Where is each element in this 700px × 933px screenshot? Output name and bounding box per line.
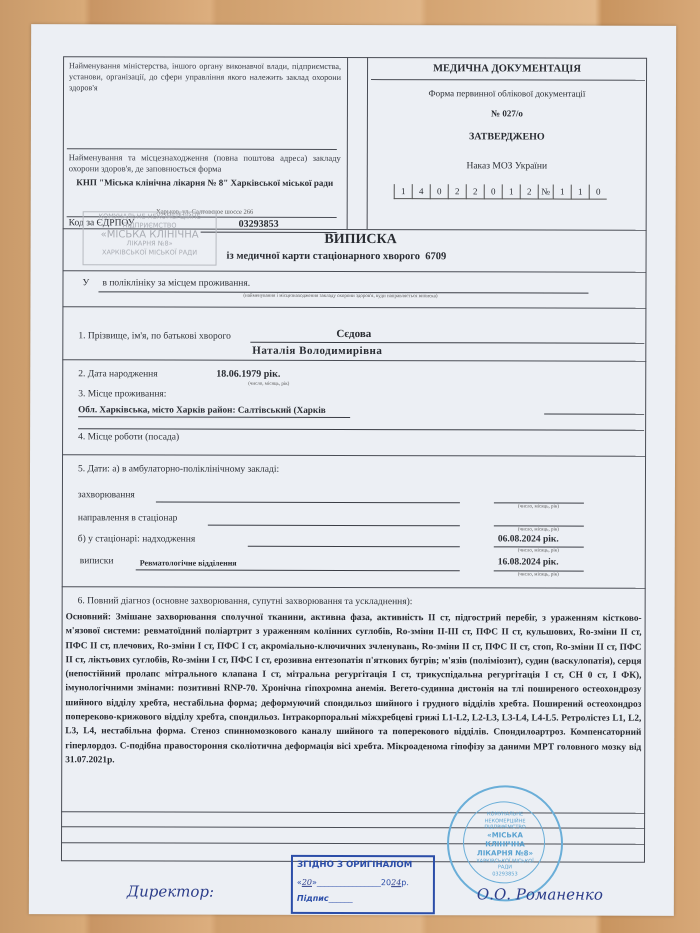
director-signature-label: Директор:: [127, 882, 214, 900]
dates-label: 5. Дати: а) в амбулаторно-поліклінічному…: [78, 464, 279, 475]
referral-date-label: направлення в стаціонар: [78, 513, 178, 523]
work-label: 4. Місце роботи (посада): [78, 432, 179, 442]
recipient-prefix: У: [82, 278, 89, 288]
ministry-label: Найменування міністерства, іншого органу…: [69, 60, 341, 94]
department: Ревматологічне відділення: [140, 558, 237, 567]
residence-label: 3. Місце проживання:: [78, 389, 166, 399]
diagnosis-text: Основний: Змішане захворювання сполучної…: [65, 610, 641, 769]
gray-institution-stamp: КОМУНАЛЬНЕ НЕКОМЕРЦІЙНЕПІДПРИЄМСТВО «МІС…: [83, 211, 217, 265]
dob-label: 2. Дата народження: [78, 369, 157, 379]
document-page: Найменування міністерства, іншого органу…: [29, 24, 676, 916]
residence-value: Обл. Харківська, місто Харків район: Сал…: [78, 404, 326, 415]
facility-label: Найменування та місцезнаходження (повна …: [69, 152, 341, 175]
dob-hint: (число, місяць, рік): [248, 382, 289, 387]
certified-date: «20»________________2024р.: [297, 878, 429, 887]
patient-name-label: 1. Прізвище, ім'я, по батькові хворого: [78, 331, 231, 341]
patient-given-names: Наталія Володимирівна: [252, 345, 382, 357]
form-number: № 027/о: [371, 108, 643, 119]
form-label: Форма первинної облікової документації: [371, 88, 643, 99]
med-doc-title: МЕДИЧНА ДОКУМЕНТАЦІЯ: [371, 63, 643, 75]
dob-value: 18.06.1979 рік.: [216, 369, 280, 380]
document-subtitle: із медичної карти стаціонарного хворого …: [227, 251, 447, 263]
certified-copy-title: ЗГІДНО З ОРИГІНАЛОМ: [297, 860, 412, 870]
diagnosis-label: 6. Повний діагноз (основне захворювання,…: [78, 596, 413, 607]
patient-surname: Сєдова: [336, 328, 371, 340]
admission-label: б) у стаціонарі: надходження: [78, 534, 195, 544]
admission-date: 06.08.2024 рік.: [498, 534, 559, 544]
round-institution-stamp: КОМУНАЛЬНЕНЕКОМЕРЦІЙНЕПІДПРИЄМСТВО «МІСЬ…: [447, 785, 563, 901]
document-title: ВИПИСКА: [231, 232, 491, 249]
card-number: 6709: [425, 251, 446, 262]
order-label: Наказ МОЗ України: [371, 161, 643, 172]
certified-copy-stamp: ЗГІДНО З ОРИГІНАЛОМ «20»________________…: [291, 855, 435, 914]
recipient-value: в поліклініку за місцем проживання.: [102, 278, 250, 288]
order-date-digits: 1 4 0 2 2 0 1 2 № 1 1 0: [394, 184, 607, 200]
signature-label: Підпис______: [297, 894, 353, 903]
facility-name: КНП "Міська клінічна лікарня № 8" Харків…: [69, 176, 341, 190]
director-signature-name: О.О. Романенко: [477, 885, 603, 903]
approved-label: ЗАТВЕРДЖЕНО: [371, 131, 643, 143]
discharge-date: 16.08.2024 рік.: [498, 557, 559, 567]
disease-date-label: захворювання: [78, 490, 135, 500]
discharge-label: виписки: [80, 556, 114, 566]
